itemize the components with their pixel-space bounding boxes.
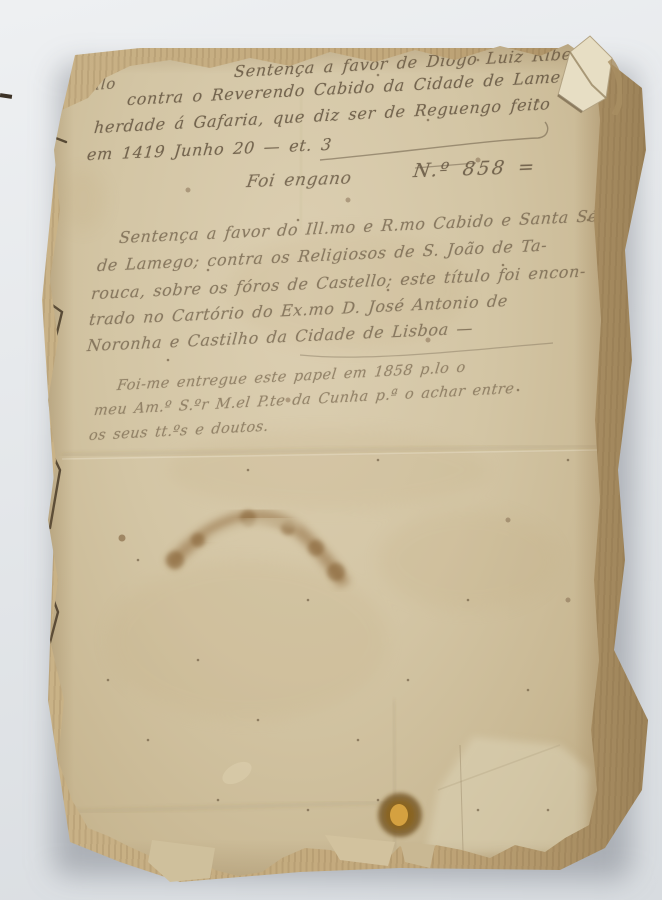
handwriting-line: os seus tt.ºs e doutos. (88, 419, 270, 445)
curled-corner (552, 30, 622, 115)
manuscript-page: Cotillo Sentença a favor de Diogo Luiz R… (48, 40, 608, 885)
dark-mark (0, 93, 12, 99)
heading-note: Foi engano (245, 168, 353, 192)
light-patch (219, 737, 590, 855)
fold-creases (58, 95, 598, 850)
photo-of-manuscript: Cotillo Sentença a favor de Diogo Luiz R… (0, 0, 662, 900)
handwriting-line: em 1419 Junho 20 — et. 3 (86, 135, 333, 164)
arc-stain (119, 510, 346, 585)
document-number: N.º 858 = (412, 156, 538, 182)
round-stain (378, 793, 422, 837)
